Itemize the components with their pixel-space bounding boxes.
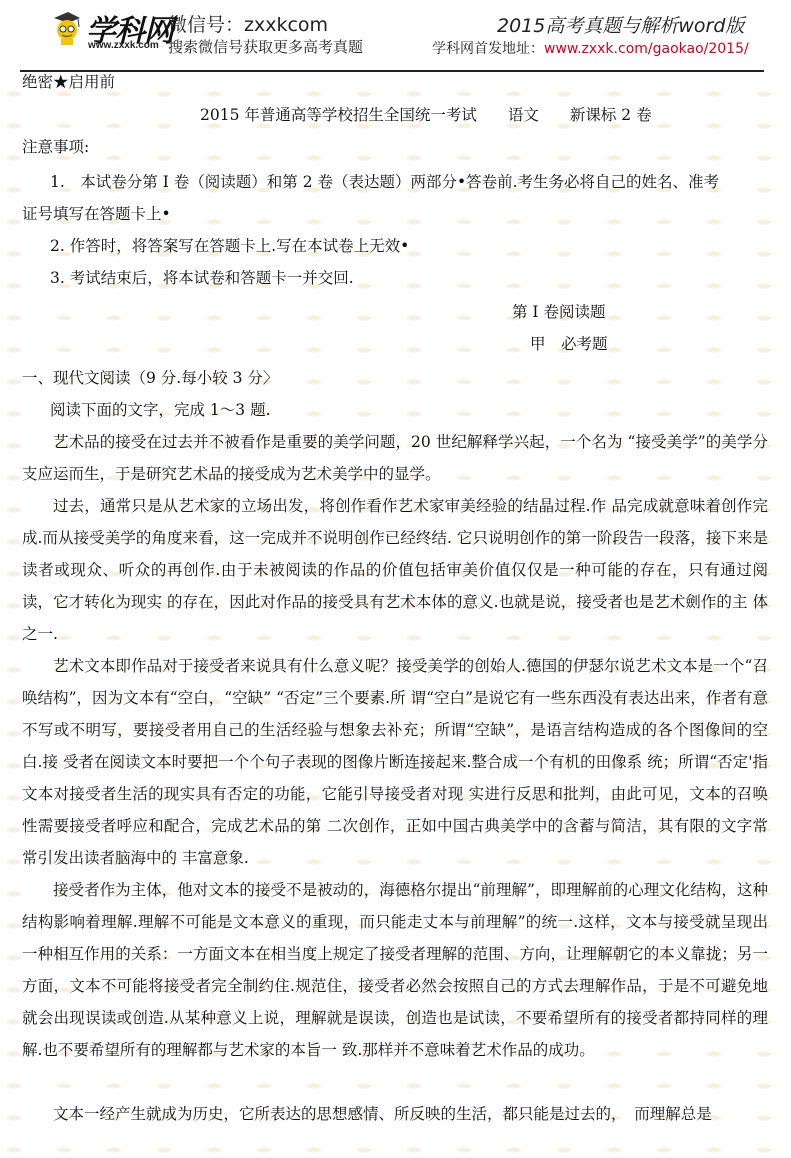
wechat-subtitle: 搜索微信号获取更多高考真题 [168, 36, 363, 57]
wechat-id: 微信号：zxxkcom [168, 10, 328, 37]
promo-title: 2015高考真题与解析word版 [497, 11, 744, 38]
exam-title: 2015 年普通高等学校招生全国统一考试 语文 新课标 2 卷 [200, 105, 652, 125]
page-header: 学科网 www.zxxk.com 微信号：zxxkcom 搜索微信号获取更多高考… [0, 0, 791, 70]
promo-url-line: 学科网首发地址：www.zxxk.com/gaokao/2015/ [432, 38, 749, 58]
paragraph-5: 文本一经产生就成为历史，它所表达的思想感情、所反映的生活，都只能是过去的， 而理… [22, 1098, 768, 1130]
notice-item-1-cont: 证号填写在答题卡上• [22, 204, 171, 224]
promo-url-link[interactable]: www.zxxk.com/gaokao/2015/ [544, 41, 749, 57]
notice-item-3: 3. 考试结束后，将本试卷和答题卡一并交回. [50, 268, 354, 288]
part-subtitle: 甲 必考题 [530, 334, 608, 354]
paragraph-3: 艺术文本即作品对于接受者来说具有什么意义呢？接受美学的创始人.德国的伊瑟尔说艺术… [22, 650, 768, 874]
paragraph-2: 过去，通常只是从艺术家的立场出发，将创作看作艺术家审美经验的结晶过程.作 品完成… [22, 490, 768, 650]
header-divider [20, 70, 764, 72]
promo-url-prefix: 学科网首发地址： [432, 41, 544, 57]
paragraph-4: 接受者作为主体，他对文本的接受不是被动的，海德格尔提出“前理解”，即理解前的心理… [22, 874, 768, 1066]
paragraph-1: 艺术品的接受在过去并不被看作是重要的美学问题，20 世纪解释学兴起，一个名为 “… [22, 426, 768, 490]
mascot-logo-icon [52, 10, 82, 46]
notice-item-1: 1. 本试卷分第 I 卷（阅读题）和第 2 卷（表达题）两部分•答卷前.考生务必… [50, 172, 719, 192]
site-logo-url: www.zxxk.com [88, 40, 159, 51]
notice-heading: 注意事项: [22, 137, 89, 157]
part-title: 第 I 卷阅读题 [512, 302, 605, 322]
classification-label: 绝密★启用前 [22, 72, 115, 92]
section-heading: 一、现代文阅读（9 分.每小较 3 分〉 [22, 368, 278, 388]
reading-instruction: 阅读下面的文字，完成 1～3 题. [50, 400, 271, 420]
notice-item-2: 2. 作答时，将答案写在答题卡上.写在本试卷上无效• [50, 236, 409, 256]
